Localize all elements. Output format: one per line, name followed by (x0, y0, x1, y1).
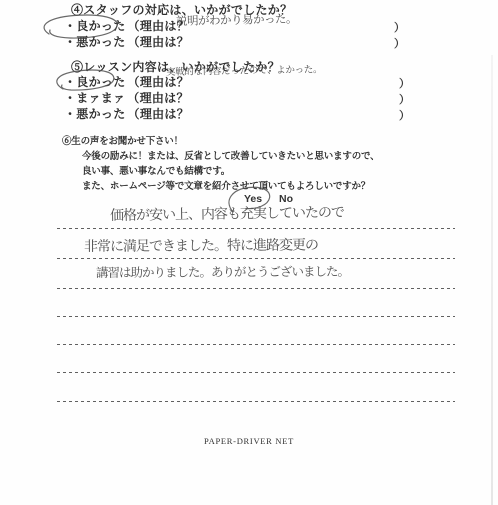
close-paren: ） (394, 19, 405, 35)
handwritten-answer-line-3: 講習は助かりました。ありがとうございました。 (96, 262, 349, 281)
close-paren: ） (399, 91, 410, 107)
reason-prompt: （理由は？ (128, 107, 190, 121)
question-6-title: ⑥生の声をお聞かせ下さい！ (62, 136, 183, 148)
answer-ruled-line (57, 288, 455, 289)
question-5-option-bad: ・悪かった（理由は？ (64, 107, 189, 121)
answer-ruled-line (57, 258, 455, 259)
option-label: ・悪かった (64, 35, 126, 49)
close-paren: ） (399, 107, 410, 123)
answer-ruled-line (57, 401, 455, 402)
footer-brand: PAPER-DRIVER NET (0, 436, 498, 446)
handwritten-answer-line-2: 非常に満足できました。特に進路変更の (84, 234, 318, 256)
question-5-option-soso: ・まァまァ（理由は？ (64, 91, 189, 105)
reason-prompt: （理由は？ (127, 91, 189, 105)
answer-ruled-line (57, 344, 455, 345)
handwritten-answer-line-1: 価格が安い上、内容も充実していたので (110, 202, 344, 225)
question-6-body-line-2: 良い事、悪い事なんでも結構です。 (82, 166, 230, 178)
question-6-body-line-1: 今後の励みに！または、反省として改善していきたいと思いますので、 (82, 151, 379, 163)
handwritten-reason-q4: 説明がわかり易かった。 (176, 10, 297, 29)
answer-ruled-line (57, 228, 455, 229)
question-4-option-bad: ・悪かった（理由は？ (64, 35, 189, 49)
question-4-option-good: ・良かった（理由は？ (64, 19, 189, 33)
question-6-body-line-3: また、ホームページ等で文章を紹介させて頂いてもよろしいですか？ (82, 181, 370, 193)
handwritten-reason-q5: 実戦的な内容だったので、よかった。 (166, 61, 322, 78)
option-label: ・悪かった (64, 107, 126, 121)
answer-ruled-line (57, 316, 455, 317)
scanned-questionnaire-page: ④スタッフの対応は、いかがでしたか？ ・良かった（理由は？ ） ・悪かった（理由… (0, 0, 498, 505)
option-label: ・良かった (64, 19, 126, 33)
close-paren: ） (399, 75, 410, 91)
answer-ruled-line (57, 372, 455, 373)
scan-edge-artifact (491, 55, 493, 505)
option-label: ・良かった (64, 75, 126, 89)
close-paren: ） (394, 35, 405, 51)
option-label: ・まァまァ (64, 91, 125, 105)
reason-prompt: （理由は？ (128, 35, 190, 49)
